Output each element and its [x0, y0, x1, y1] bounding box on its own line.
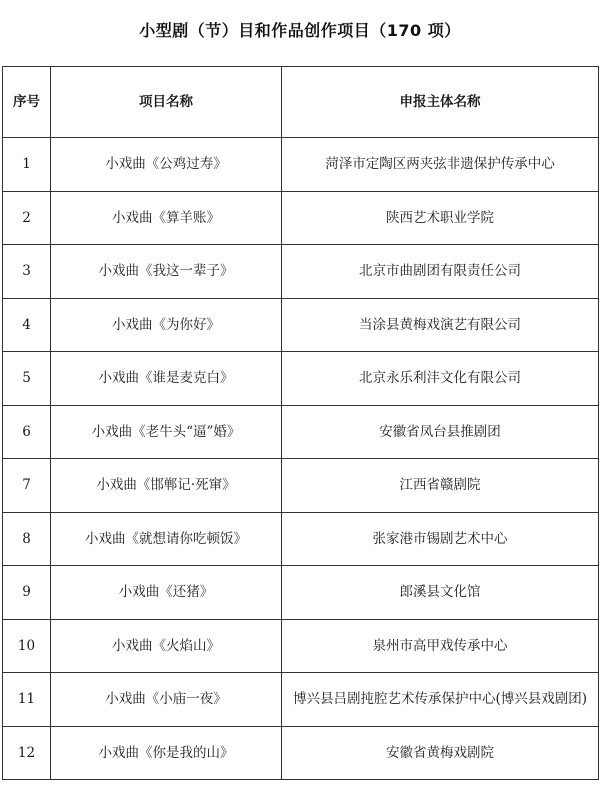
cell-project-name: 小戏曲《我这一辈子》	[51, 245, 282, 299]
cell-applicant-name: 泉州市高甲戏传承中心	[282, 619, 599, 673]
cell-applicant-name: 北京永乐利沣文化有限公司	[282, 352, 599, 406]
cell-applicant-name: 菏泽市定陶区两夹弦非遗保护传承中心	[282, 138, 599, 192]
cell-applicant-name: 张家港市锡剧艺术中心	[282, 512, 599, 566]
cell-project-name: 小戏曲《火焰山》	[51, 619, 282, 673]
table-row: 2 小戏曲《算羊账》 陕西艺术职业学院	[3, 191, 599, 245]
cell-project-name: 小戏曲《还猪》	[51, 566, 282, 620]
cell-applicant-name: 北京市曲剧团有限责任公司	[282, 245, 599, 299]
header-serial-number: 序号	[3, 67, 51, 138]
document-title: 小型剧（节）目和作品创作项目（170 项）	[0, 18, 600, 41]
cell-serial-number: 10	[3, 619, 51, 673]
cell-applicant-name: 陕西艺术职业学院	[282, 191, 599, 245]
cell-serial-number: 9	[3, 566, 51, 620]
table-row: 4 小戏曲《为你好》 当涂县黄梅戏演艺有限公司	[3, 298, 599, 352]
project-table: 序号 项目名称 申报主体名称 1 小戏曲《公鸡过寿》 菏泽市定陶区两夹弦非遗保护…	[2, 66, 599, 780]
table-row: 11 小戏曲《小庙一夜》 博兴县吕剧扽腔艺术传承保护中心(博兴县戏剧团)	[3, 673, 599, 727]
table-row: 7 小戏曲《邯郸记·死窜》 江西省赣剧院	[3, 459, 599, 513]
cell-project-name: 小戏曲《老牛头“逼”婚》	[51, 405, 282, 459]
cell-serial-number: 8	[3, 512, 51, 566]
cell-project-name: 小戏曲《为你好》	[51, 298, 282, 352]
cell-project-name: 小戏曲《就想请你吃顿饭》	[51, 512, 282, 566]
cell-applicant-name: 郎溪县文化馆	[282, 566, 599, 620]
table-row: 6 小戏曲《老牛头“逼”婚》 安徽省凤台县推剧团	[3, 405, 599, 459]
cell-applicant-name: 博兴县吕剧扽腔艺术传承保护中心(博兴县戏剧团)	[282, 673, 599, 727]
cell-applicant-name: 江西省赣剧院	[282, 459, 599, 513]
cell-serial-number: 5	[3, 352, 51, 406]
table-row: 9 小戏曲《还猪》 郎溪县文化馆	[3, 566, 599, 620]
cell-applicant-name: 安徽省黄梅戏剧院	[282, 726, 599, 780]
cell-serial-number: 3	[3, 245, 51, 299]
cell-serial-number: 1	[3, 138, 51, 192]
cell-project-name: 小戏曲《算羊账》	[51, 191, 282, 245]
cell-project-name: 小戏曲《公鸡过寿》	[51, 138, 282, 192]
table-row: 12 小戏曲《你是我的山》 安徽省黄梅戏剧院	[3, 726, 599, 780]
cell-project-name: 小戏曲《邯郸记·死窜》	[51, 459, 282, 513]
table-row: 8 小戏曲《就想请你吃顿饭》 张家港市锡剧艺术中心	[3, 512, 599, 566]
cell-serial-number: 2	[3, 191, 51, 245]
cell-serial-number: 7	[3, 459, 51, 513]
header-applicant-name: 申报主体名称	[282, 67, 599, 138]
cell-serial-number: 4	[3, 298, 51, 352]
cell-serial-number: 11	[3, 673, 51, 727]
cell-project-name: 小戏曲《谁是麦克白》	[51, 352, 282, 406]
table-row: 1 小戏曲《公鸡过寿》 菏泽市定陶区两夹弦非遗保护传承中心	[3, 138, 599, 192]
table-header-row: 序号 项目名称 申报主体名称	[3, 67, 599, 138]
cell-applicant-name: 当涂县黄梅戏演艺有限公司	[282, 298, 599, 352]
header-project-name: 项目名称	[51, 67, 282, 138]
table-row: 5 小戏曲《谁是麦克白》 北京永乐利沣文化有限公司	[3, 352, 599, 406]
cell-serial-number: 12	[3, 726, 51, 780]
cell-project-name: 小戏曲《你是我的山》	[51, 726, 282, 780]
cell-project-name: 小戏曲《小庙一夜》	[51, 673, 282, 727]
table-row: 10 小戏曲《火焰山》 泉州市高甲戏传承中心	[3, 619, 599, 673]
cell-serial-number: 6	[3, 405, 51, 459]
table-row: 3 小戏曲《我这一辈子》 北京市曲剧团有限责任公司	[3, 245, 599, 299]
cell-applicant-name: 安徽省凤台县推剧团	[282, 405, 599, 459]
